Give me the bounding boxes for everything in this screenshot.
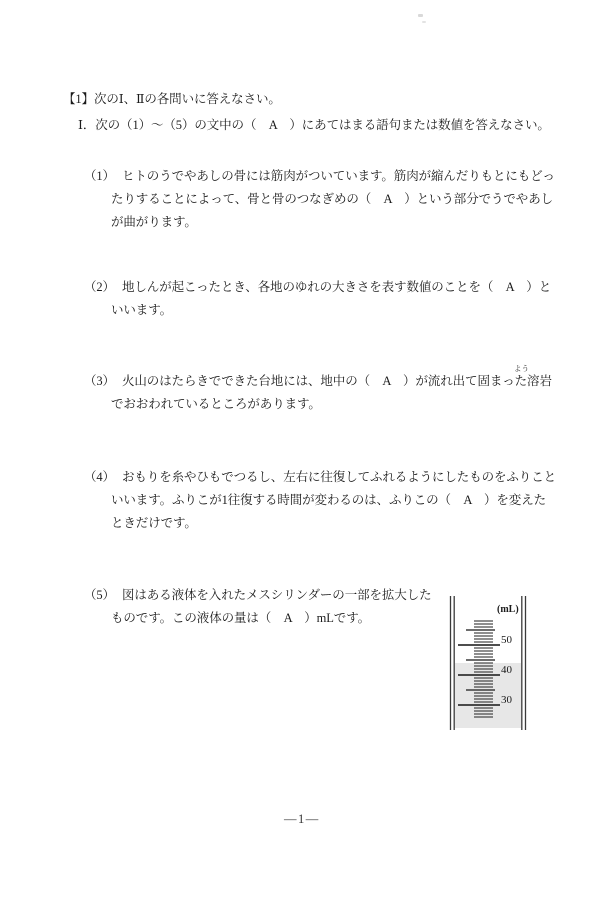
svg-text:50: 50 [501, 634, 513, 646]
question-1-line: たりすることによって、骨と骨のつなぎめの（ A ）という部分でうでやあし [111, 192, 553, 207]
question-4-line: いいます。ふりこが1往復する時間が変わるのは、ふりこの（ A ）を変えた [111, 493, 546, 508]
question-1-line: ヒトのうでやあしの骨には筋肉がついています。筋肉が縮んだりもとにもどっ [122, 169, 555, 184]
question-5-line: 図はある液体を入れたメスシリンダーの一部を拡大した [122, 588, 432, 603]
exam-page: 【1】次のⅠ、Ⅱの各問いに答えなさい。 Ⅰ．次の（1）～（5）の文中の（ A ）… [0, 0, 600, 900]
question-4-line: おもりを糸やひもでつるし、左右に往復してふれるようにしたものをふりこと [122, 470, 556, 485]
question-4-number: （4） [84, 470, 115, 485]
question-3-number: （3） [84, 374, 115, 389]
question-3-line: でおおわれているところがあります。 [111, 397, 321, 412]
question-5-line: ものです。この液体の量は（ A ）mLです。 [111, 611, 370, 626]
measuring-cylinder-figure: 304050 (mL) [448, 596, 532, 730]
question-4-line: ときだけです。 [111, 516, 197, 531]
question-2-line: 地しんが起こったとき、各地のゆれの大きさを表す数値のことを（ A ）と [122, 280, 551, 295]
part-1-instruction: Ⅰ．次の（1）～（5）の文中の（ A ）にあてはまる語句または数値を答えなさい。 [78, 118, 550, 133]
question-3-line: 火山のはたらきでできた台地には、地中の（ A ）が流れ出て固まった溶岩 [122, 374, 552, 389]
unit-label: (mL) [497, 604, 519, 615]
question-1-number: （1） [84, 169, 115, 184]
section-heading: 【1】次のⅠ、Ⅱの各問いに答えなさい。 [63, 92, 281, 107]
svg-text:40: 40 [501, 664, 513, 676]
scan-artifact [418, 14, 423, 17]
question-3-furigana: よう [514, 365, 529, 373]
svg-text:30: 30 [501, 694, 513, 706]
scan-artifact [422, 21, 426, 23]
question-5-number: （5） [84, 588, 115, 603]
question-2-number: （2） [84, 280, 115, 295]
page-number: —1— [284, 812, 320, 827]
question-1-line: が曲がります。 [111, 215, 197, 230]
question-2-line: いいます。 [111, 303, 172, 318]
